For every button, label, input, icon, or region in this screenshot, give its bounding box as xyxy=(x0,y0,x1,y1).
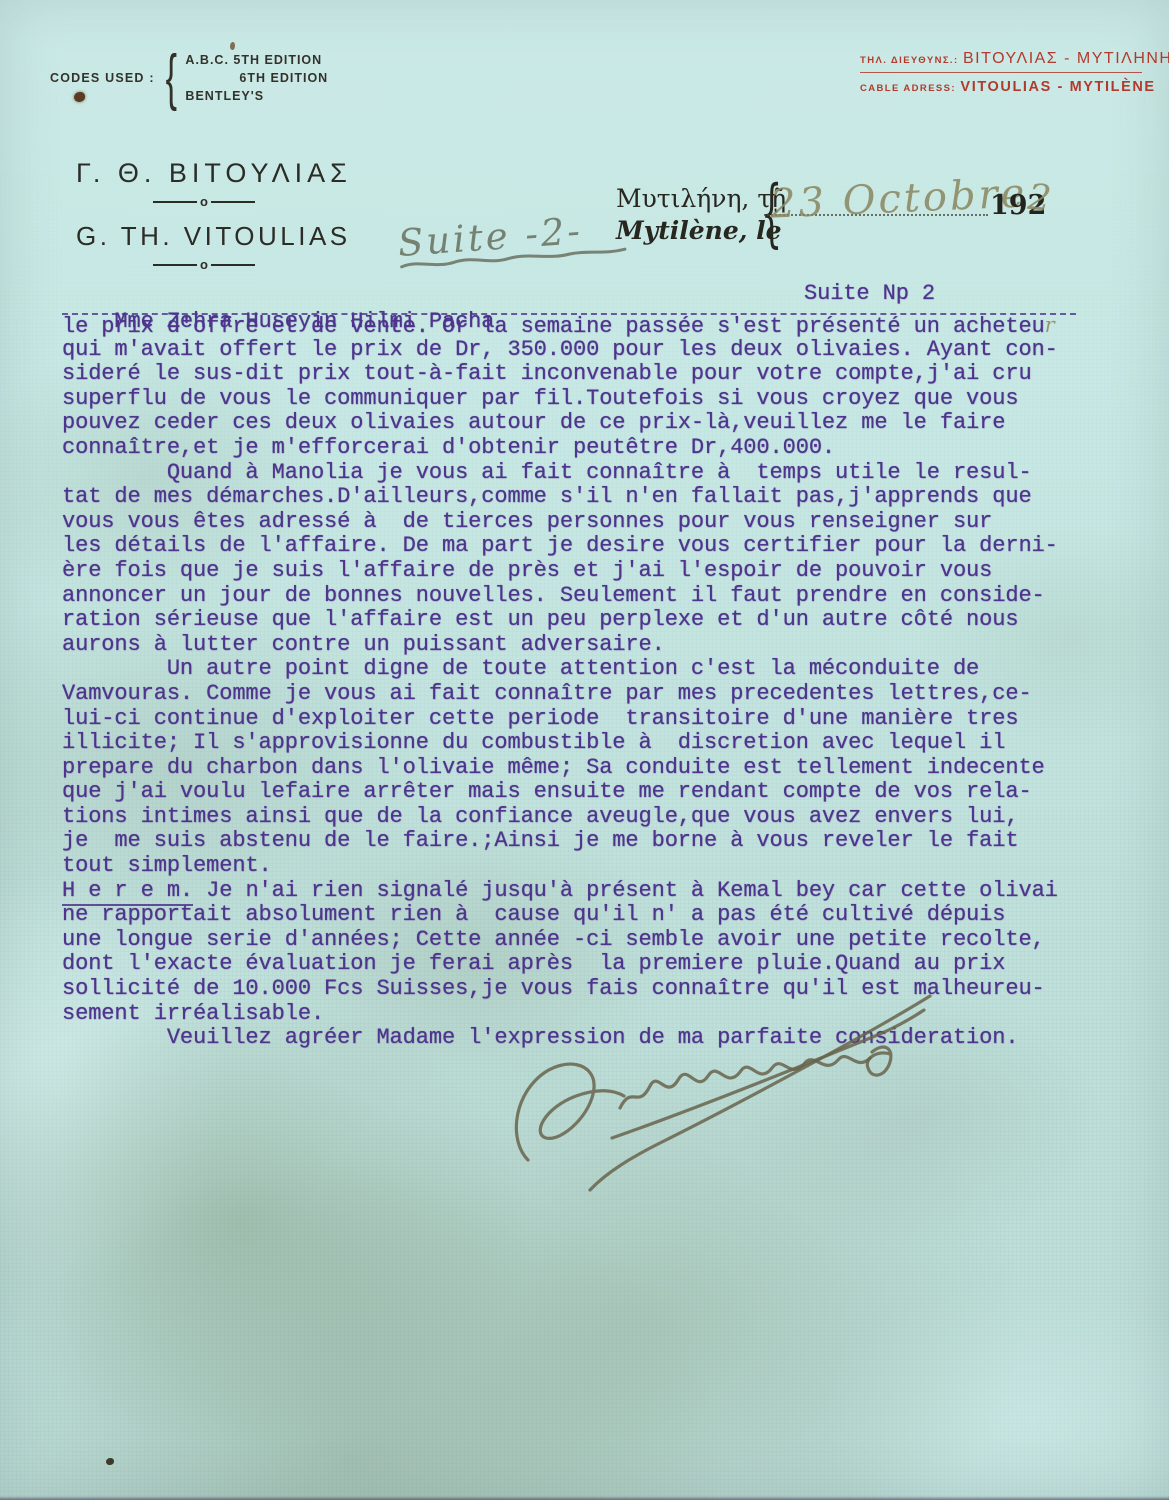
letterhead-brand: Γ. Θ. ΒΙΤΟΥΛΙΑΣ o G. TH. VITOULIAS o xyxy=(76,158,332,270)
letter-line: lui-ci continue d'exploiter cette period… xyxy=(62,707,1102,732)
telegraph-row: ΤΗΛ. ΔΙΕΥΘΥΝΣ.: ΒΙΤΟΥΛΙΑΣ - ΜΥΤΙΛΗΝΗ xyxy=(860,50,1142,73)
cable-value: VITOULIAS - MYTILÈNE xyxy=(960,79,1155,95)
page-number-label: Suite Np 2 xyxy=(804,281,935,306)
letter-line: une longue serie d'années; Cette année -… xyxy=(62,928,1102,953)
telegraph-cable-block: ΤΗΛ. ΔΙΕΥΘΥΝΣ.: ΒΙΤΟΥΛΙΑΣ - ΜΥΤΙΛΗΝΗ CAB… xyxy=(860,50,1142,96)
telegraph-label: ΤΗΛ. ΔΙΕΥΘΥΝΣ.: xyxy=(860,55,959,66)
handwritten-suite-note: Suite -2- xyxy=(397,206,630,273)
brand-name-latin: G. TH. VITOULIAS xyxy=(76,221,332,252)
codes-list: A.B.C. 5TH EDITION 6TH EDITION BENTLEY'S xyxy=(185,51,328,105)
signature-stroke xyxy=(492,992,962,1202)
ornament-divider: o xyxy=(144,260,264,270)
codes-used-block: CODES USED : { A.B.C. 5TH EDITION 6TH ED… xyxy=(50,50,328,106)
letter-line: Quand à Manolia je vous ai fait connaîtr… xyxy=(62,461,1102,486)
telegraph-value: ΒΙΤΟΥΛΙΑΣ - ΜΥΤΙΛΗΝΗ xyxy=(963,50,1169,67)
letter-scan-page: CODES USED : { A.B.C. 5TH EDITION 6TH ED… xyxy=(0,0,1169,1500)
letter-line: Vamvouras. Comme je vous ai fait connaît… xyxy=(62,682,1102,707)
letter-line: Un autre point digne de toute attention … xyxy=(62,657,1102,682)
letter-line: pouvez ceder ces deux olivaies autour de… xyxy=(62,411,1102,436)
brace-glyph: { xyxy=(165,50,176,106)
signature xyxy=(492,992,962,1202)
letter-line: illicite; Il s'approvisionne du combusti… xyxy=(62,731,1102,756)
letter-line: ne rapportait absolument rien à cause qu… xyxy=(62,903,1102,928)
letter-line: prepare du charbon dans l'olivaie même; … xyxy=(62,756,1102,781)
codes-used-label: CODES USED : xyxy=(50,71,155,85)
letter-line: le prix d'offre et de vente. Or la semai… xyxy=(62,313,1102,338)
letter-line: qui m'avait offert le prix de Dr, 350.00… xyxy=(62,338,1102,363)
letter-line: connaître,et je m'efforcerai d'obtenir p… xyxy=(62,436,1102,461)
letter-line: ère fois que je suis l'affaire de près e… xyxy=(62,559,1102,584)
letter-line: je me suis abstenu de le faire.;Ainsi je… xyxy=(62,829,1102,854)
code-item: BENTLEY'S xyxy=(185,87,328,105)
letter-line: annoncer un jour de bonnes nouvelles. Se… xyxy=(62,584,1102,609)
letter-line: H e r e m. Je n'ai rien signalé jusqu'à … xyxy=(62,879,1102,904)
code-item: A.B.C. 5TH EDITION xyxy=(185,51,328,69)
ornament-divider: o xyxy=(144,197,264,207)
code-item: 6TH EDITION xyxy=(185,69,328,87)
letter-line: sideré le sus-dit prix tout-à-fait incon… xyxy=(62,362,1102,387)
brand-name-greek: Γ. Θ. ΒΙΤΟΥΛΙΑΣ xyxy=(76,158,332,189)
letter-line: tat de mes démarches.D'ailleurs,comme s'… xyxy=(62,485,1102,510)
addressee-row: Mme Zehra Huseyin Hilmi Pacha Suite Np 2 xyxy=(62,284,1076,315)
handwritten-year: 2 xyxy=(1026,177,1055,220)
letter-line: les détails de l'affaire. De ma part je … xyxy=(62,534,1102,559)
cable-row: CABLE ADRESS: VITOULIAS - MYTILÈNE xyxy=(860,78,1142,96)
letter-line: tout simplement. xyxy=(62,854,1102,879)
letter-line: ration sérieuse que l'affaire est un peu… xyxy=(62,608,1102,633)
letter-line: que j'ai voulu lefaire arrêter mais ensu… xyxy=(62,780,1102,805)
ink-speck xyxy=(106,1458,114,1465)
letter-line: aurons à lutter contre un puissant adver… xyxy=(62,633,1102,658)
letter-line: superflu de vous le communiquer par fil.… xyxy=(62,387,1102,412)
letter-body: le prix d'offre et de vente. Or la semai… xyxy=(62,313,1102,1051)
scan-edge xyxy=(0,1496,1169,1500)
letter-line: dont l'exacte évaluation je ferai après … xyxy=(62,952,1102,977)
ink-speck xyxy=(230,42,235,50)
letter-line: tions intimes ainsi que de la confiance … xyxy=(62,805,1102,830)
cable-label: CABLE ADRESS: xyxy=(860,83,956,94)
letter-line: vous vous êtes adressé à de tierces pers… xyxy=(62,510,1102,535)
